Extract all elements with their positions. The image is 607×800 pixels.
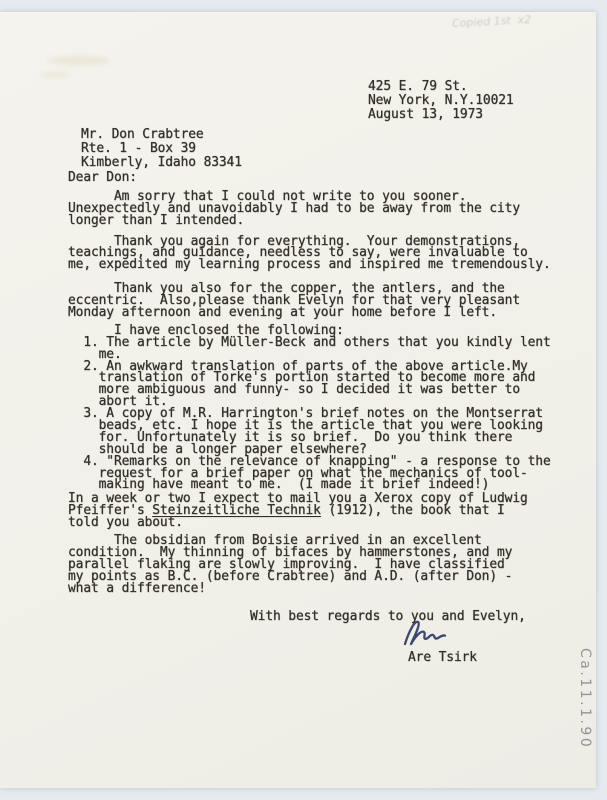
typed-line: New York, N.Y.10021 xyxy=(368,94,514,108)
typed-line: me, expedited my learning process and in… xyxy=(68,259,578,271)
scanned-letter: Copied 1st x2 425 E. 79 St.New York, N.Y… xyxy=(0,0,607,800)
paper-smudge xyxy=(48,56,110,65)
handwritten-signature-icon xyxy=(398,616,452,652)
typed-line: making have meant to me. (I made it brie… xyxy=(68,479,578,491)
paper-smudge xyxy=(40,72,70,78)
paragraph-thanks: Thank you again for everything. Your dem… xyxy=(68,236,578,272)
typed-line: 1. The article by Müller-Beck and others… xyxy=(68,337,578,349)
sender-address: 425 E. 79 St.New York, N.Y.10021August 1… xyxy=(368,80,514,122)
signature-typed-name: Are Tsirk xyxy=(408,652,578,664)
enclosure-list: I have enclosed the following: 1. The ar… xyxy=(68,325,578,491)
typed-line: what a difference! xyxy=(68,583,578,595)
typed-line: Rte. 1 - Box 39 xyxy=(81,142,242,156)
typed-line: August 13, 1973 xyxy=(368,108,514,122)
typed-line: Kimberly, Idaho 83341 xyxy=(81,156,242,170)
shipping-line-3: told you about. xyxy=(68,517,578,529)
letter-body: Dear Don: Am sorry that I could not writ… xyxy=(68,172,578,664)
typed-line: Monday afternoon and evening at your hom… xyxy=(68,307,578,319)
typed-line: 425 E. 79 St. xyxy=(368,80,514,94)
salutation: Dear Don: xyxy=(68,172,578,184)
shipping-line-2-after: (1912), the book that I xyxy=(321,503,505,518)
typed-line: longer than I intended. xyxy=(68,215,578,227)
paragraph-obsidian: The obsidian from Boisie arrived in an e… xyxy=(68,535,578,594)
paragraph-gifts: Thank you also for the copper, the antle… xyxy=(68,283,578,319)
catalog-number-vertical: Ca.11.1.90 xyxy=(577,648,593,749)
paragraph-apology: Am sorry that I could not write to you s… xyxy=(68,191,578,227)
typed-line: Mr. Don Crabtree xyxy=(81,128,242,142)
paragraph-shipping: In a week or two I expect to mail you a … xyxy=(68,493,578,529)
recipient-address: Mr. Don CrabtreeRte. 1 - Box 39Kimberly,… xyxy=(81,128,242,170)
